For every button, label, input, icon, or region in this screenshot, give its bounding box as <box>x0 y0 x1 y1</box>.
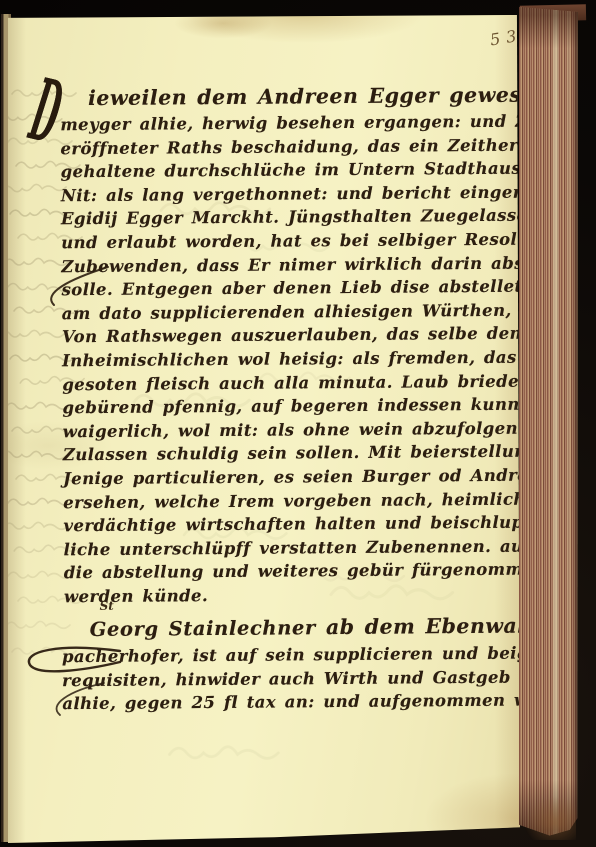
browned-page-corner <box>524 796 576 840</box>
text-line: solle. Entgegen aber denen Lieb dise abs… <box>61 274 596 302</box>
text-line: die abstellung und weiteres gebür fürgen… <box>64 557 596 585</box>
manuscript-entry-1: D ieweilen dem Andreen Egger gewesten St… <box>60 79 596 609</box>
page-number: 53 <box>489 26 524 50</box>
manuscript-page: 53 D ieweilen dem Andreen Egger gewesten… <box>8 15 520 843</box>
photographed-book: 53 D ieweilen dem Andreen Egger gewesten… <box>0 0 596 847</box>
text-line: meyger alhie, herwig besehen ergangen: u… <box>60 109 596 137</box>
text-line: Jenige particulieren, es seien Burger od… <box>63 463 596 491</box>
text-line: werden künde. <box>64 581 596 609</box>
text-line: Inheimischlichen wol heisig: als fremden… <box>62 345 596 373</box>
text-line: alhie, gegen 25 fl tax an: und aufgenomm… <box>62 688 596 716</box>
text-line: und erlaubt worden, hat es bei selbiger … <box>61 227 596 255</box>
text-line: pacherhofer, ist auf sein supplicieren u… <box>62 641 596 669</box>
person-name: Georg Stainlechner <box>90 616 316 641</box>
book-fore-edge <box>519 7 578 838</box>
abbreviation-mark: St <box>99 599 113 613</box>
manuscript-entry-2: St Georg Stainlechner ab dem Ebenwald An… <box>62 610 596 716</box>
